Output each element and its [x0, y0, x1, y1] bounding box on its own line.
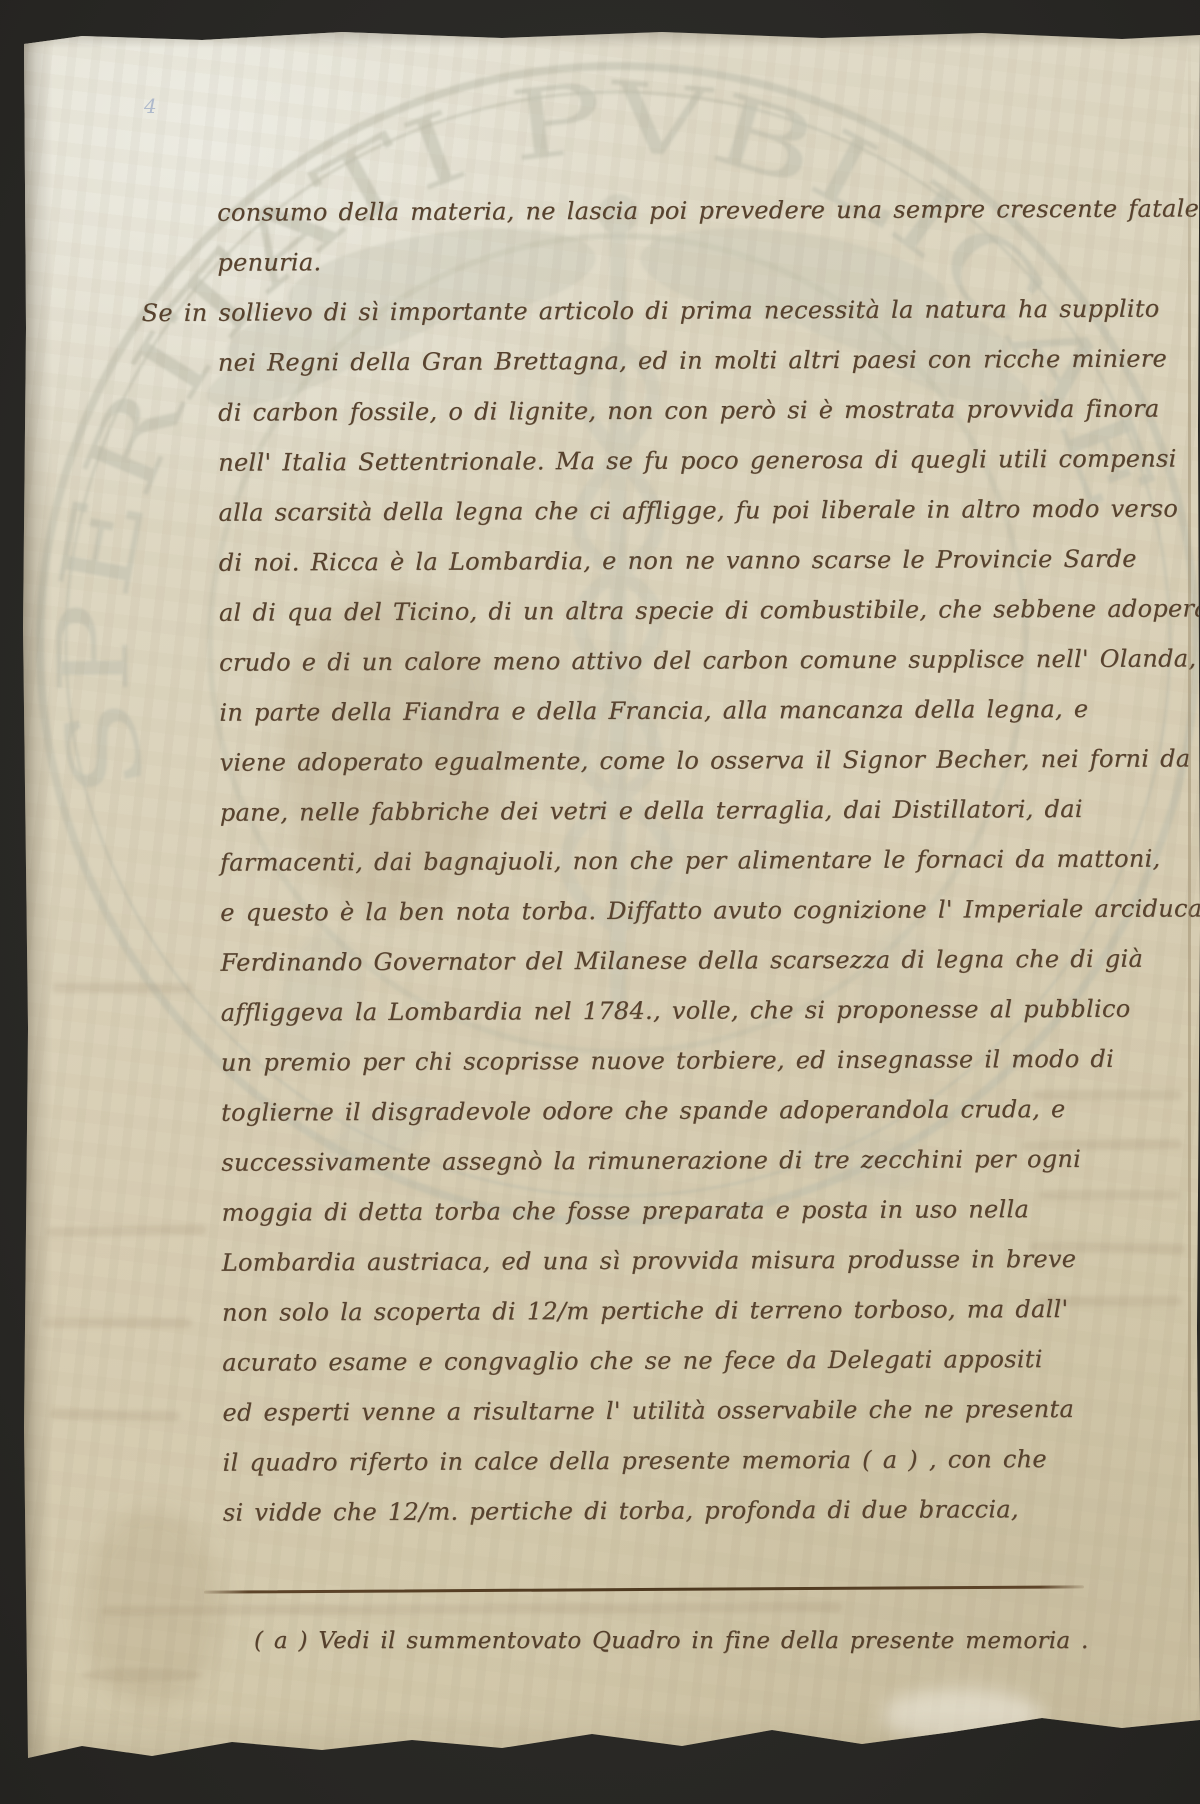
manuscript-line: crudo e di un calore meno attivo del car… [219, 633, 1199, 687]
manuscript-line: ed esperti venne a risultarne l' utilità… [222, 1383, 1200, 1437]
manuscript-line: Se in sollievo di sì importante articolo… [141, 283, 1197, 338]
manuscript-line: il quadro riferto in calce della present… [223, 1433, 1200, 1487]
manuscript-line: consumo della materia, ne lascia poi pre… [217, 183, 1197, 237]
manuscript-line: successivamente assegnò la rimunerazione… [221, 1133, 1200, 1187]
manuscript-line: e questo è la ben nota torba. Diffatto a… [220, 883, 1200, 937]
manuscript-line: alla scarsità della legna che ci affligg… [218, 483, 1198, 537]
manuscript-line: nell' Italia Settentrionale. Ma se fu po… [218, 433, 1198, 487]
photo-background: SPERITATI PVBLICAE [0, 0, 1200, 1804]
manuscript-line: un premio per chi scoprisse nuove torbie… [221, 1033, 1200, 1087]
manuscript-line: in parte della Fiandra e della Francia, … [219, 683, 1199, 737]
manuscript-line: affliggeva la Lombardia nel 1784., volle… [221, 983, 1200, 1037]
manuscript-line: nei Regni della Gran Brettagna, ed in mo… [218, 333, 1198, 387]
manuscript-line: di noi. Ricca è la Lombardia, e non ne v… [219, 533, 1199, 587]
footnote-line: ( a ) Vedi il summentovato Quadro in fin… [254, 1616, 1089, 1666]
manuscript-line: Lombardia austriaca, ed una sì provvida … [222, 1233, 1200, 1287]
manuscript-line: non solo la scoperta di 12/m pertiche di… [222, 1283, 1200, 1337]
manuscript-line: di carbon fossile, o di lignite, non con… [218, 383, 1198, 437]
manuscript-line: moggia di detta torba che fosse preparat… [221, 1183, 1200, 1237]
footnote-rule [204, 1585, 1084, 1593]
manuscript-line: farmacenti, dai bagnajuoli, non che per … [220, 833, 1200, 887]
bleedthrough-smudge [102, 1602, 842, 1616]
manuscript-line: si vidde che 12/m. pertiche di torba, pr… [223, 1483, 1200, 1537]
manuscript-line: pane, nelle fabbriche dei vetri e della … [220, 783, 1200, 837]
manuscript-line: Ferdinando Governator del Milanese della… [220, 933, 1200, 987]
manuscript-line: viene adoperato egualmente, come lo osse… [219, 733, 1199, 787]
manuscript-line: toglierne il disgradevole odore che span… [221, 1083, 1200, 1137]
manuscript-page: SPERITATI PVBLICAE [22, 28, 1200, 1780]
manuscript-line: al di qua del Ticino, di un altra specie… [219, 583, 1199, 637]
manuscript-line: acurato esame e congvaglio che se ne fec… [222, 1333, 1200, 1387]
manuscript-text-block: consumo della materia, ne lascia poi pre… [19, 183, 1200, 1538]
bleedthrough-smudge [82, 1668, 202, 1682]
corner-mark: 4 [144, 94, 157, 118]
manuscript-line: penuria. [217, 233, 1197, 287]
bottom-edge-shade [22, 1710, 1200, 1780]
gutter-shadow [22, 28, 52, 1780]
top-edge-shadow [22, 28, 1200, 48]
right-fold-line [1188, 28, 1191, 1730]
